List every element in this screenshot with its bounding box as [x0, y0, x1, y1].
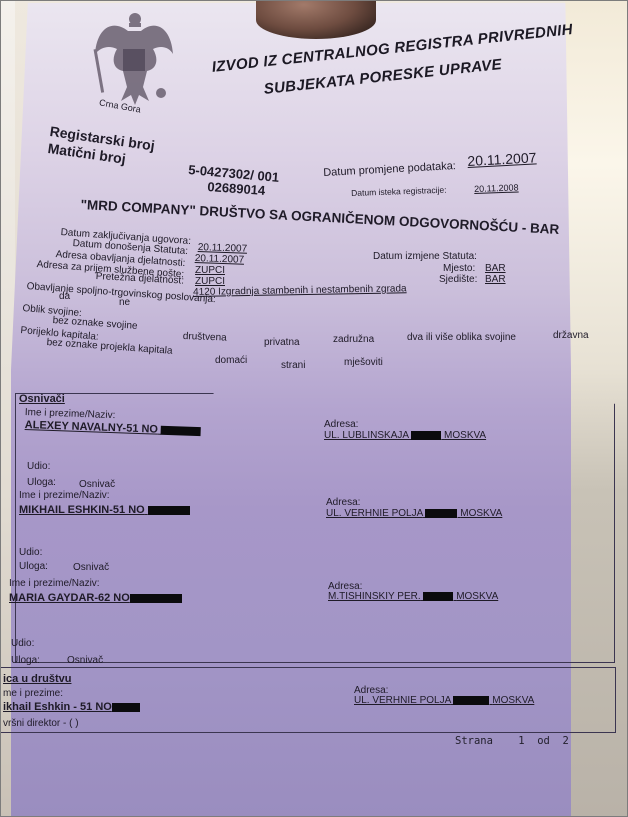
coat-of-arms-icon: [83, 9, 173, 109]
mjesto-label: Mjesto:: [443, 263, 475, 274]
founder-role-label: Uloga:: [19, 561, 48, 572]
founder-share-label: Udio:: [27, 461, 50, 472]
redacted-block: [161, 425, 201, 435]
persons-section-title: ica u društvu: [3, 673, 71, 685]
founder-address: M.TISHINSKIY PER. MOSKVA: [328, 591, 498, 602]
redacted-block: [130, 594, 182, 603]
redacted-block: [453, 696, 489, 705]
expiry-value: 20.11.2008: [474, 182, 519, 194]
founder-share-label: Udio:: [11, 638, 34, 649]
founders-section-title: Osnivači: [19, 393, 65, 405]
founder-role-label: Uloga:: [27, 477, 56, 488]
photo-frame: Crna Gora IZVOD IZ CENTRALNOG REGISTRA P…: [0, 0, 628, 817]
redacted-block: [423, 592, 453, 601]
person-name-label: me i prezime:: [3, 688, 63, 699]
sjediste-value: BAR: [485, 274, 506, 285]
field-mail-address-value: ZUPCI: [195, 276, 225, 287]
ownership-option: državna: [553, 330, 589, 341]
redacted-block: [411, 431, 441, 440]
ownership-option: privatna: [264, 337, 300, 348]
field-activity-address-value: ZUPCI: [195, 265, 225, 276]
foreign-trade-option-da: da: [59, 291, 70, 302]
ownership-option: zadružna: [333, 334, 374, 345]
founder-name: MARIA GAYDAR-62 NO: [9, 592, 182, 604]
founder-address-label: Adresa:: [326, 497, 360, 508]
founder-role-value: Osnivač: [73, 562, 109, 573]
founder-role-value: Osnivač: [67, 655, 103, 666]
founder-name: MIKHAIL ESHKIN-51 NO: [19, 504, 190, 516]
founder-share-label: Udio:: [19, 547, 42, 558]
person-address: UL. VERHNIE POLJA MOSKVA: [354, 695, 534, 706]
hand-holding-paper: [256, 1, 376, 39]
statute-change-label: Datum izmjene Statuta:: [373, 251, 477, 262]
person-name: ikhail Eshkin - 51 NO: [3, 701, 140, 713]
redacted-block: [425, 509, 457, 518]
founder-name-label: Ime i prezime/Naziv:: [9, 578, 100, 589]
founder-address-label: Adresa:: [324, 419, 358, 430]
ownership-option: dva ili više oblika svojine: [407, 332, 516, 343]
founder-role-value: Osnivač: [79, 479, 115, 490]
capital-option: domaći: [215, 355, 247, 366]
person-role: vršni direktor - ( ): [3, 718, 79, 729]
page-indicator: Strana 1 od 2: [455, 735, 569, 747]
field-statute-date-value: 20.11.2007: [195, 253, 245, 266]
ownership-option: društvena: [183, 331, 227, 344]
capital-option: strani: [281, 360, 305, 371]
founder-address: UL. LUBLINSKAJA MOSKVA: [324, 430, 486, 441]
founder-role-label: Uloga:: [11, 655, 40, 666]
founder-address: UL. VERHNIE POLJA MOSKVA: [326, 508, 502, 519]
redacted-block: [148, 506, 190, 515]
mjesto-value: BAR: [485, 263, 506, 274]
foreign-trade-option-ne: ne: [119, 297, 130, 308]
capital-option: mješoviti: [344, 357, 383, 368]
sjediste-label: Sjedište:: [439, 274, 477, 285]
founder-name-label: Ime i prezime/Naziv:: [19, 490, 110, 501]
redacted-block: [112, 703, 140, 712]
